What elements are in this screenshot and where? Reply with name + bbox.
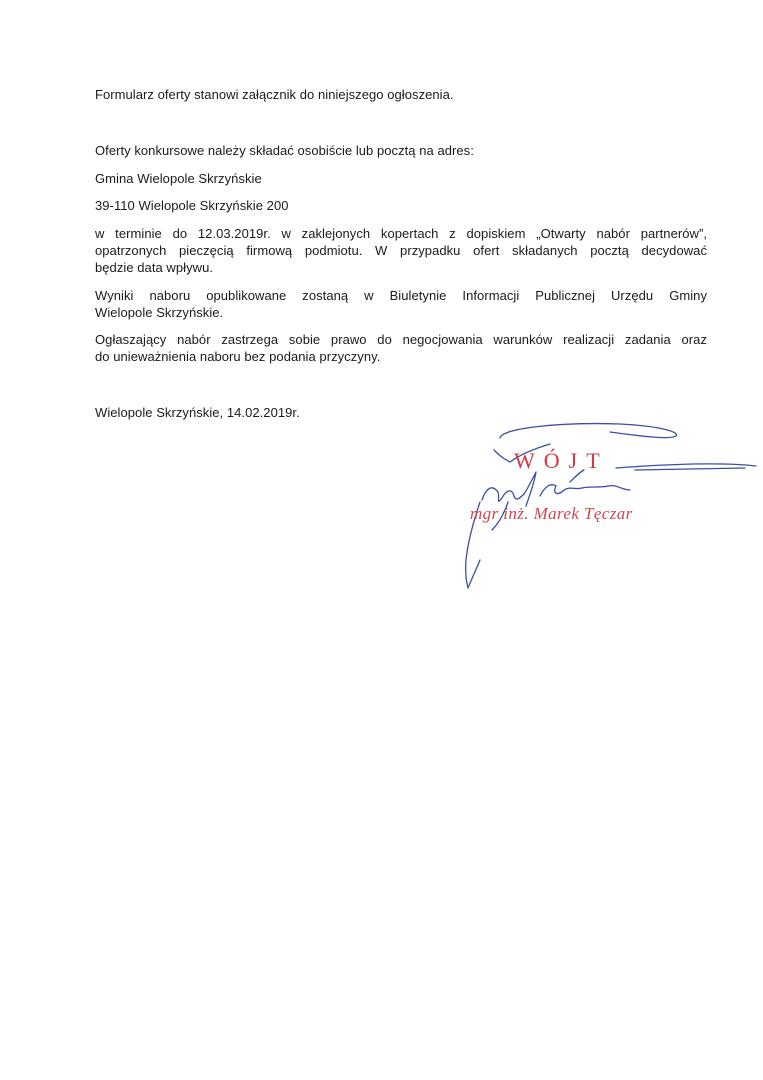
reservation-line-1: Ogłaszający nabór zastrzega sobie prawo … <box>95 331 707 348</box>
place-and-date: Wielopole Skrzyńskie, 14.02.2019r. <box>95 404 707 421</box>
deadline-paragraph: w terminie do 12.03.2019r. w zaklejonych… <box>95 225 707 276</box>
deadline-line-2: opatrzonych pieczęcią firmową podmiotu. … <box>95 242 707 259</box>
document-page: Formularz oferty stanowi załącznik do ni… <box>0 0 763 1080</box>
results-line-2: Wielopole Skrzyńskie. <box>95 304 707 321</box>
stamp-name: mgr inż. Marek Tęczar <box>470 504 633 524</box>
deadline-line-1: w terminie do 12.03.2019r. w zaklejonych… <box>95 225 707 242</box>
deadline-line-3: będzie data wpływu. <box>95 259 707 276</box>
reservation-paragraph: Ogłaszający nabór zastrzega sobie prawo … <box>95 331 707 365</box>
reservation-line-2: do unieważnienia naboru bez podania przy… <box>95 348 707 365</box>
address-line-2: 39-110 Wielopole Skrzyńskie 200 <box>95 197 707 214</box>
submission-intro: Oferty konkursowe należy składać osobiśc… <box>95 142 707 159</box>
results-paragraph: Wyniki naboru opublikowane zostaną w Biu… <box>95 287 707 321</box>
stamp-title: WÓJT <box>514 448 609 474</box>
results-line-1: Wyniki naboru opublikowane zostaną w Biu… <box>95 287 707 304</box>
address-line-1: Gmina Wielopole Skrzyńskie <box>95 170 707 187</box>
attachment-note: Formularz oferty stanowi załącznik do ni… <box>95 86 707 103</box>
